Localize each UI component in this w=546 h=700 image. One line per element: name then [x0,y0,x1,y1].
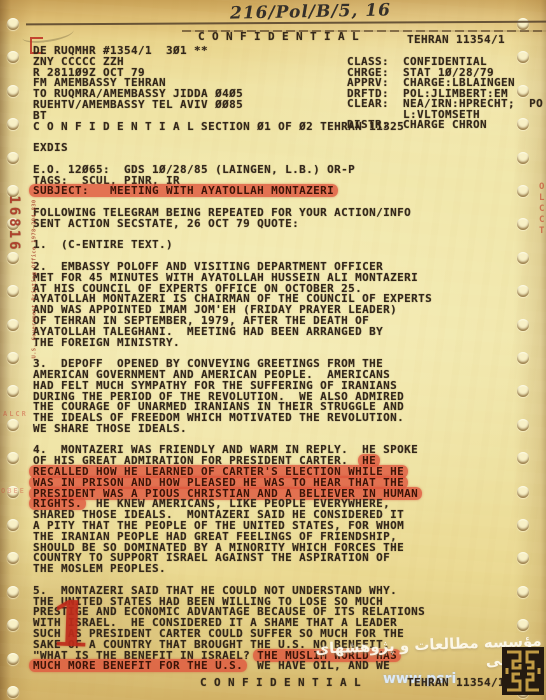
body-line-18: 1. (C-ENTIRE TEXT.) [33,240,432,251]
classification-header: C O N F I D E N T I A L [198,31,359,43]
faint-stamp-1: ALCR [3,410,28,418]
telegram-scan: 216/Pol/B/5, 16 C O N F I D E N T I A L … [0,0,546,700]
typewriter-text: RUEHTV/AMEMBASSY TEL AVIV ØØ85 [33,98,243,111]
publisher-logo [502,647,544,695]
highlighted-text: MUCH MORE BENEFIT FOR THE U.S. [29,659,247,672]
body-line-8 [33,132,432,143]
typewriter-text: WE SHARE THOSE IDEALS. [33,422,187,435]
faint-stamp-2: OBEE [1,487,26,495]
body-line-16: SENT ACTION SECSTATE, 26 OCT 79 QUOTE: [33,219,432,230]
sprocket-hole [7,152,19,164]
sprocket-hole [7,319,19,331]
red-annotation-1: 1 [48,593,93,656]
body-line-9: EXDIS [33,143,432,154]
body-line-48: THE MOSLEM PEOPLES. [33,564,432,575]
sprocket-hole [7,419,19,431]
handwritten-file-ref: 216/Pol/B/5, 16 [230,0,391,23]
sprocket-hole [517,486,529,498]
sprocket-hole [7,653,19,665]
body-line-7: C O N F I D E N T I A L SECTION Ø1 OF Ø2… [33,122,432,133]
doc-number-header: TEHRAN 11354/1 [407,34,505,46]
sprocket-hole [517,319,529,331]
footer-doc-number: TEHRAN 11354/1 [407,677,505,689]
sprocket-hole [7,18,19,30]
typewriter-text: SENT ACTION SECSTATE, 26 OCT 79 QUOTE: [33,217,299,230]
sprocket-hole [517,185,529,197]
telegram-body: DE RUQMHR #1354/1 3Ø1 **ZNY CCCCC ZZHR 2… [33,46,432,672]
body-line-13: SUBJECT: MEETING WITH AYATOLLAH MONTAZER… [33,186,432,197]
body-line-27: THE FOREIGN MINISTRY. [33,338,432,349]
sprocket-hole [7,85,19,97]
sprocket-hole [517,252,529,264]
right-edge-stamp: O L C C T [539,182,546,237]
footer-classification: C O N F I D E N T I A L [200,677,361,689]
typewriter-text: THE MOSLEM PEOPLES. [33,562,166,575]
sprocket-hole [517,419,529,431]
body-line-35: WE SHARE THOSE IDEALS. [33,424,432,435]
gpo-imprint: U.S. Government Printing Office 1978—204… [32,197,38,362]
highlighted-text: SUBJECT: MEETING WITH AYATOLLAH MONTAZER… [29,184,338,197]
typewriter-text: THE FOREIGN MINISTRY. [33,336,180,349]
body-line-5: RUEHTV/AMEMBASSY TEL AVIV ØØ85 [33,100,432,111]
sprocket-hole [517,519,529,531]
sprocket-hole [7,586,19,598]
typewriter-text: C O N F I D E N T I A L SECTION Ø1 OF Ø2… [33,120,404,133]
sprocket-hole [517,586,529,598]
sprocket-hole [7,519,19,531]
sprocket-hole [517,352,529,364]
sprocket-hole [7,352,19,364]
serial-number-stamp: 16816 [6,179,22,269]
sprocket-hole [517,152,529,164]
sprocket-hole [7,686,19,698]
typewriter-text: 1. (C-ENTIRE TEXT.) [33,238,173,251]
